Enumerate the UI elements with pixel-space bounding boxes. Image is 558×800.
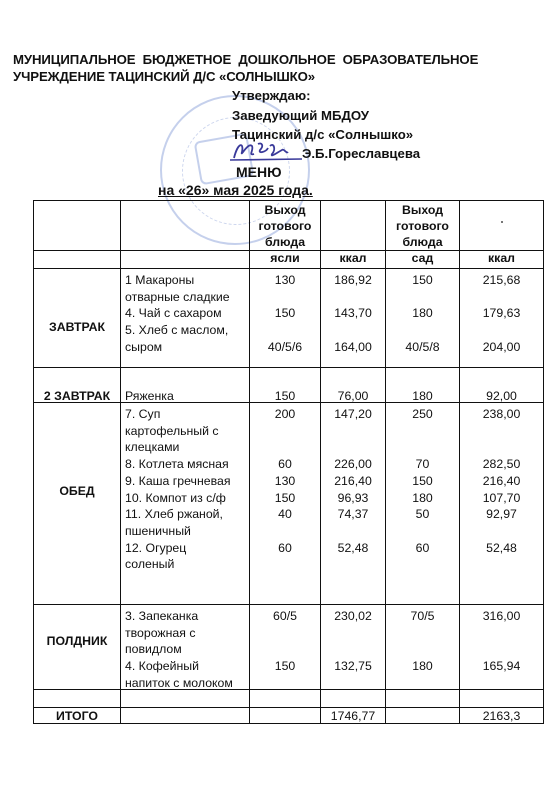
- table-subheader-row: ясли ккал сад ккал: [34, 251, 544, 269]
- dish-name: 9. Каша гречневая: [121, 473, 249, 489]
- subheader-blank: [34, 251, 121, 269]
- header-text: готового: [250, 218, 320, 234]
- table-total-row: ИТОГО 1746,77 2163,3: [34, 708, 544, 724]
- sad-yield-cell: 180: [386, 368, 460, 403]
- sad-yield: 150: [386, 272, 459, 288]
- table-empty-row: [34, 690, 544, 708]
- yasli-kcal: 164,00: [321, 339, 385, 355]
- header-text: готового: [386, 218, 459, 234]
- header-dish-cell: [121, 201, 250, 251]
- sad-kcal: 215,68: [460, 272, 543, 288]
- empty-cell: [321, 690, 386, 708]
- yasli-kcal: 216,40: [321, 473, 385, 489]
- approval-signatory: Э.Б.Гореславцева: [302, 146, 420, 161]
- dish-name: пшеничный: [121, 523, 249, 539]
- dish-name-cell: 7. Супкартофельный склецками8. Котлета м…: [121, 403, 250, 605]
- sad-kcal: 179,63: [460, 305, 543, 321]
- yasli-yield: 150: [250, 490, 320, 506]
- sad-yield-cell: 15018040/5/8: [386, 269, 460, 368]
- dish-name: 5. Хлеб с маслом,: [121, 322, 249, 338]
- menu-title: МЕНЮ: [236, 164, 282, 180]
- yasli-yield-cell: 200601301504060: [250, 403, 321, 605]
- dish-name: соленый: [121, 556, 249, 572]
- yasli-yield: 60: [250, 456, 320, 472]
- dish-name: творожная с: [121, 625, 249, 641]
- subheader-sad: сад: [386, 251, 460, 269]
- total-sad-kcal: 2163,3: [460, 708, 544, 724]
- meal-name-cell: 2 ЗАВТРАК: [34, 368, 121, 403]
- header-text: Выход: [250, 202, 320, 218]
- sad-kcal: 107,70: [460, 490, 543, 506]
- dish-name: картофельный с: [121, 423, 249, 439]
- dish-name: 3. Запеканка: [121, 608, 249, 624]
- yasli-kcal-cell: 230,02132,75: [321, 605, 386, 690]
- yasli-kcal: 230,02: [321, 608, 385, 624]
- menu-date: на «26» мая 2025 года.: [158, 182, 313, 198]
- yasli-kcal: 76,00: [321, 388, 385, 404]
- sad-kcal: 92,00: [460, 388, 543, 404]
- sad-kcal-cell: 215,68179,63204,00: [460, 269, 544, 368]
- yasli-yield-cell: 60/5150: [250, 605, 321, 690]
- sad-kcal: 316,00: [460, 608, 543, 624]
- yasli-kcal-cell: 147,20226,00216,4096,9374,3752,48: [321, 403, 386, 605]
- sad-kcal-cell: 316,00165,94: [460, 605, 544, 690]
- dish-name: клецками: [121, 439, 249, 455]
- dish-name: напиток с молоком: [121, 675, 249, 691]
- dish-name: 10. Компот из с/ф: [121, 490, 249, 506]
- sad-kcal: 204,00: [460, 339, 543, 355]
- institution-name-line1: МУНИЦИПАЛЬНОЕ БЮДЖЕТНОЕ ДОШКОЛЬНОЕ ОБРАЗ…: [13, 52, 478, 67]
- sad-yield: 150: [386, 473, 459, 489]
- sad-yield: 50: [386, 506, 459, 522]
- meal-name-cell: ПОЛДНИК: [34, 605, 121, 690]
- meal-name: ПОЛДНИК: [34, 633, 120, 649]
- approval-position: Заведующий МБДОУ: [232, 108, 369, 123]
- institution-name-line2: УЧРЕЖДЕНИЕ ТАЦИНСКИЙ Д/С «СОЛНЫШКО»: [13, 69, 315, 84]
- dish-name: 4. Кофейный: [121, 658, 249, 674]
- yasli-kcal: 226,00: [321, 456, 385, 472]
- meal-row: ЗАВТРАК1 Макароныотварные сладкие4. Чай …: [34, 269, 544, 368]
- meal-row: ОБЕД7. Супкартофельный склецками8. Котле…: [34, 403, 544, 605]
- meal-row: 2 ЗАВТРАКРяженка15076,0018092,00: [34, 368, 544, 403]
- sad-yield: 70/5: [386, 608, 459, 624]
- total-yasli-kcal: 1746,77: [321, 708, 386, 724]
- yasli-kcal: 147,20: [321, 406, 385, 422]
- dish-name-cell: Ряженка: [121, 368, 250, 403]
- meal-name: 2 ЗАВТРАК: [34, 388, 120, 404]
- dish-name: отварные сладкие: [121, 289, 249, 305]
- sad-kcal-cell: 238,00282,50216,40107,7092,9752,48: [460, 403, 544, 605]
- menu-table: Выход готового блюда Выход готового блюд…: [33, 200, 544, 724]
- meal-name-cell: ОБЕД: [34, 403, 121, 605]
- dish-name: 8. Котлета мясная: [121, 456, 249, 472]
- header-sad-kcal-blank: [460, 201, 544, 251]
- yasli-kcal-cell: 186,92143,70164,00: [321, 269, 386, 368]
- yasli-yield: 130: [250, 272, 320, 288]
- dish-name: 4. Чай с сахаром: [121, 305, 249, 321]
- empty-cell: [250, 690, 321, 708]
- sad-kcal: 165,94: [460, 658, 543, 674]
- yasli-yield: 150: [250, 658, 320, 674]
- dish-name: Ряженка: [121, 388, 249, 404]
- yasli-kcal: 186,92: [321, 272, 385, 288]
- dish-name: 12. Огурец: [121, 540, 249, 556]
- dish-name-cell: 1 Макароныотварные сладкие4. Чай с сахар…: [121, 269, 250, 368]
- dish-name-cell: 3. Запеканкатворожная сповидлом4. Кофейн…: [121, 605, 250, 690]
- sad-yield: 40/5/8: [386, 339, 459, 355]
- subheader-yasli-kcal: ккал: [321, 251, 386, 269]
- dish-name: 7. Суп: [121, 406, 249, 422]
- yasli-yield: 40: [250, 506, 320, 522]
- header-text: Выход: [386, 202, 459, 218]
- sad-kcal: 282,50: [460, 456, 543, 472]
- empty-cell: [121, 690, 250, 708]
- header-yasli-kcal-blank: [321, 201, 386, 251]
- sad-kcal: 52,48: [460, 540, 543, 556]
- sad-yield: 60: [386, 540, 459, 556]
- meal-name: ЗАВТРАК: [34, 319, 120, 335]
- subheader-sad-kcal: ккал: [460, 251, 544, 269]
- sad-yield: 180: [386, 305, 459, 321]
- sad-yield: 180: [386, 388, 459, 404]
- empty-cell: [460, 690, 544, 708]
- header-sad-yield: Выход готового блюда: [386, 201, 460, 251]
- sad-yield: 180: [386, 658, 459, 674]
- yasli-kcal: 52,48: [321, 540, 385, 556]
- yasli-yield: 40/5/6: [250, 339, 320, 355]
- meal-row: ПОЛДНИК3. Запеканкатворожная сповидлом4.…: [34, 605, 544, 690]
- subheader-yasli: ясли: [250, 251, 321, 269]
- yasli-yield: 130: [250, 473, 320, 489]
- dish-name: 11. Хлеб ржаной,: [121, 506, 249, 522]
- signature-icon: [228, 138, 308, 164]
- yasli-yield: 60/5: [250, 608, 320, 624]
- empty-cell: [34, 690, 121, 708]
- yasli-kcal: 143,70: [321, 305, 385, 321]
- dish-name: сыром: [121, 339, 249, 355]
- meal-name-cell: ЗАВТРАК: [34, 269, 121, 368]
- header-text: блюда: [250, 234, 320, 250]
- total-label: ИТОГО: [34, 708, 121, 724]
- sad-kcal: 92,97: [460, 506, 543, 522]
- sad-yield: 180: [386, 490, 459, 506]
- yasli-kcal-cell: 76,00: [321, 368, 386, 403]
- sad-kcal: 238,00: [460, 406, 543, 422]
- yasli-yield: 200: [250, 406, 320, 422]
- subheader-blank: [121, 251, 250, 269]
- yasli-yield: 60: [250, 540, 320, 556]
- approval-label: Утверждаю:: [232, 88, 311, 103]
- dish-name: 1 Макароны: [121, 272, 249, 288]
- empty-cell: [386, 708, 460, 724]
- sad-kcal-cell: 92,00: [460, 368, 544, 403]
- sad-yield-cell: 250701501805060: [386, 403, 460, 605]
- yasli-yield-cell: 13015040/5/6: [250, 269, 321, 368]
- yasli-kcal: 132,75: [321, 658, 385, 674]
- sad-yield-cell: 70/5180: [386, 605, 460, 690]
- yasli-yield: 150: [250, 305, 320, 321]
- yasli-yield-cell: 150: [250, 368, 321, 403]
- empty-cell: [386, 690, 460, 708]
- sad-yield: 250: [386, 406, 459, 422]
- header-yasli-yield: Выход готового блюда: [250, 201, 321, 251]
- header-text: блюда: [386, 234, 459, 250]
- yasli-kcal: 96,93: [321, 490, 385, 506]
- yasli-kcal: 74,37: [321, 506, 385, 522]
- empty-cell: [250, 708, 321, 724]
- empty-cell: [121, 708, 250, 724]
- yasli-yield: 150: [250, 388, 320, 404]
- sad-yield: 70: [386, 456, 459, 472]
- table-header-row: Выход готового блюда Выход готового блюд…: [34, 201, 544, 251]
- dish-name: повидлом: [121, 641, 249, 657]
- meal-name: ОБЕД: [34, 483, 120, 499]
- header-meal-cell: [34, 201, 121, 251]
- sad-kcal: 216,40: [460, 473, 543, 489]
